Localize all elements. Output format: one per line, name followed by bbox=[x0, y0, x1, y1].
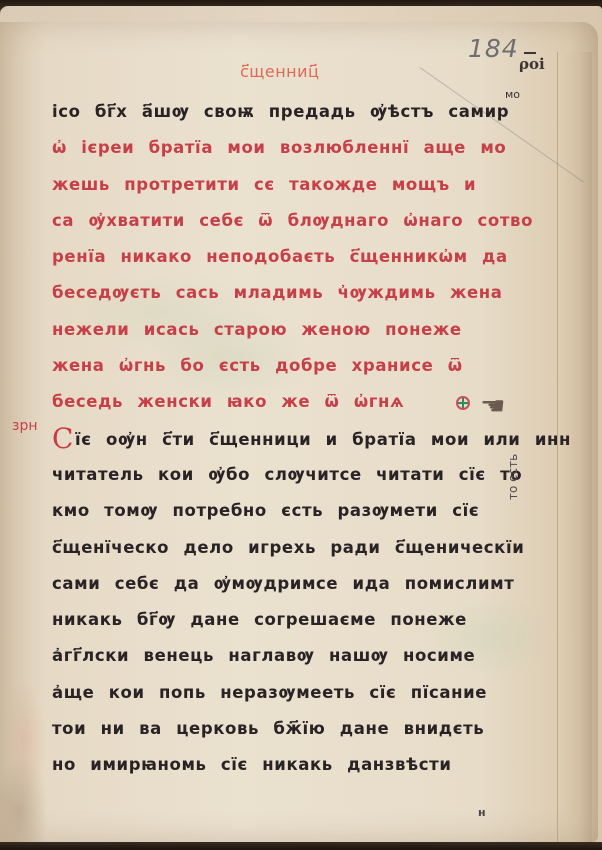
line-text: никакь бг҃ѹ дане согрешаєме понеже bbox=[52, 610, 467, 629]
line-text: кмо томѹ потребно єсть разѹмети сїє bbox=[52, 501, 479, 520]
text-line: а҆гг҃лски венець наглавѹ нашѹ носиме bbox=[52, 638, 542, 674]
folio-number-pencil: 184 bbox=[468, 34, 519, 63]
line-text: тои ни ва церковь бж҃їю дане внидєть bbox=[52, 719, 484, 738]
titlo-mark bbox=[524, 52, 536, 54]
text-line: ісо бг҃х а҃шѹ своѭ предадь ѹ҆ѣстъ самир bbox=[52, 94, 542, 130]
line-text: с҃щенїческо дело игрехь ради с҃щеническї… bbox=[52, 538, 524, 557]
catchword: н bbox=[478, 806, 486, 819]
text-line: с҃щенїческо дело игрехь ради с҃щеническї… bbox=[52, 530, 542, 566]
line-text: са ѹ҆хватити себє ѿ блѹднаго ѡ҆наго сотв… bbox=[52, 211, 533, 230]
line-text: а҆ще кои попь неразѹмееть сїє пїсание bbox=[52, 683, 487, 702]
line-text: а҆гг҃лски венець наглавѹ нашѹ носиме bbox=[52, 646, 475, 665]
text-line: беседѹєть сась младимь ч҆ѹждимь жена bbox=[52, 275, 542, 311]
line-text: беседѹєть сась младимь ч҆ѹждимь жена bbox=[52, 283, 503, 302]
line-text: нежели исась старою женою понеже bbox=[52, 320, 462, 339]
pointing-hand-icon: ☚ bbox=[480, 392, 506, 420]
line-text: ренїа никако неподобаєть с҃щенникѡ҆м да bbox=[52, 247, 508, 266]
initial-letter: С bbox=[52, 422, 74, 455]
text-line: нежели исась старою женою понеже bbox=[52, 312, 542, 348]
cross-in-circle-icon bbox=[456, 396, 470, 410]
line-text: жешь протретити сє такожде мощъ и bbox=[52, 175, 476, 194]
line-text: ѡ҆ ієреи братїа мои возлюбленнї аще мо bbox=[52, 138, 506, 157]
text-line: са ѹ҆хватити себє ѿ блѹднаго ѡ҆наго сотв… bbox=[52, 203, 542, 239]
folio-cyrillic-text: ρоі bbox=[519, 55, 545, 73]
line-text: читатель кои ѹ҆бо слѹчитсе читати сїє то bbox=[52, 465, 522, 484]
text-line: никакь бг҃ѹ дане согрешаєме понеже bbox=[52, 602, 542, 638]
left-margin-note: зрн bbox=[12, 418, 37, 434]
text-line: жешь протретити сє такожде мощъ и bbox=[52, 167, 542, 203]
line-text: но имирꙗномь сїє никакь данзвѣсти bbox=[52, 755, 451, 774]
text-line: ренїа никако неподобаєть с҃щенникѡ҆м да bbox=[52, 239, 542, 275]
text-line: а҆ще кои попь неразѹмееть сїє пїсание bbox=[52, 675, 542, 711]
text-line: но имирꙗномь сїє никакь данзвѣсти bbox=[52, 747, 542, 783]
folio-number-cyrillic: ρоі bbox=[519, 55, 545, 73]
text-line: ѡ҆ ієреи братїа мои возлюбленнї аще мо bbox=[52, 130, 542, 166]
text-line: кмо томѹ потребно єсть разѹмети сїє bbox=[52, 493, 542, 529]
manuscript-text-block: ісо бг҃х а҃шѹ своѭ предадь ѹ҆ѣстъ самир … bbox=[52, 94, 542, 784]
page-fold-shadow bbox=[557, 52, 592, 850]
text-line: читатель кои ѹ҆бо слѹчитсе читати сїє то bbox=[52, 457, 542, 493]
text-line: Сїє оѹ҆н с҃ти с҃щенници и братїа мои или… bbox=[52, 421, 542, 457]
right-margin-note: то есть bbox=[506, 454, 520, 500]
manuscript-scan: 184 ρоі с҃щенниц҃ мо ісо бг҃х а҃шѹ своѭ … bbox=[0, 0, 602, 850]
text-line: тои ни ва церковь бж҃їю дане внидєть bbox=[52, 711, 542, 747]
line-text: жена ѡ҆гнь бо єсть добре хранисе ѿ bbox=[52, 356, 463, 375]
line-text: сами себє да ѹ҆мѹдримсе ида помислимт bbox=[52, 574, 514, 593]
line-text: їє оѹ҆н с҃ти с҃щенници и братїа мои или … bbox=[75, 430, 571, 449]
text-line: жена ѡ҆гнь бо єсть добре хранисе ѿ bbox=[52, 348, 542, 384]
text-line: сами себє да ѹ҆мѹдримсе ида помислимт bbox=[52, 566, 542, 602]
line-text: ісо бг҃х а҃шѹ своѭ предадь ѹ҆ѣстъ самир bbox=[52, 102, 509, 121]
line-text: беседь женски ꙗко же ѿ ѡ҆гнѧ bbox=[52, 392, 404, 411]
rubric-heading: с҃щенниц҃ bbox=[240, 62, 319, 81]
bottom-binding-edge bbox=[0, 842, 602, 850]
